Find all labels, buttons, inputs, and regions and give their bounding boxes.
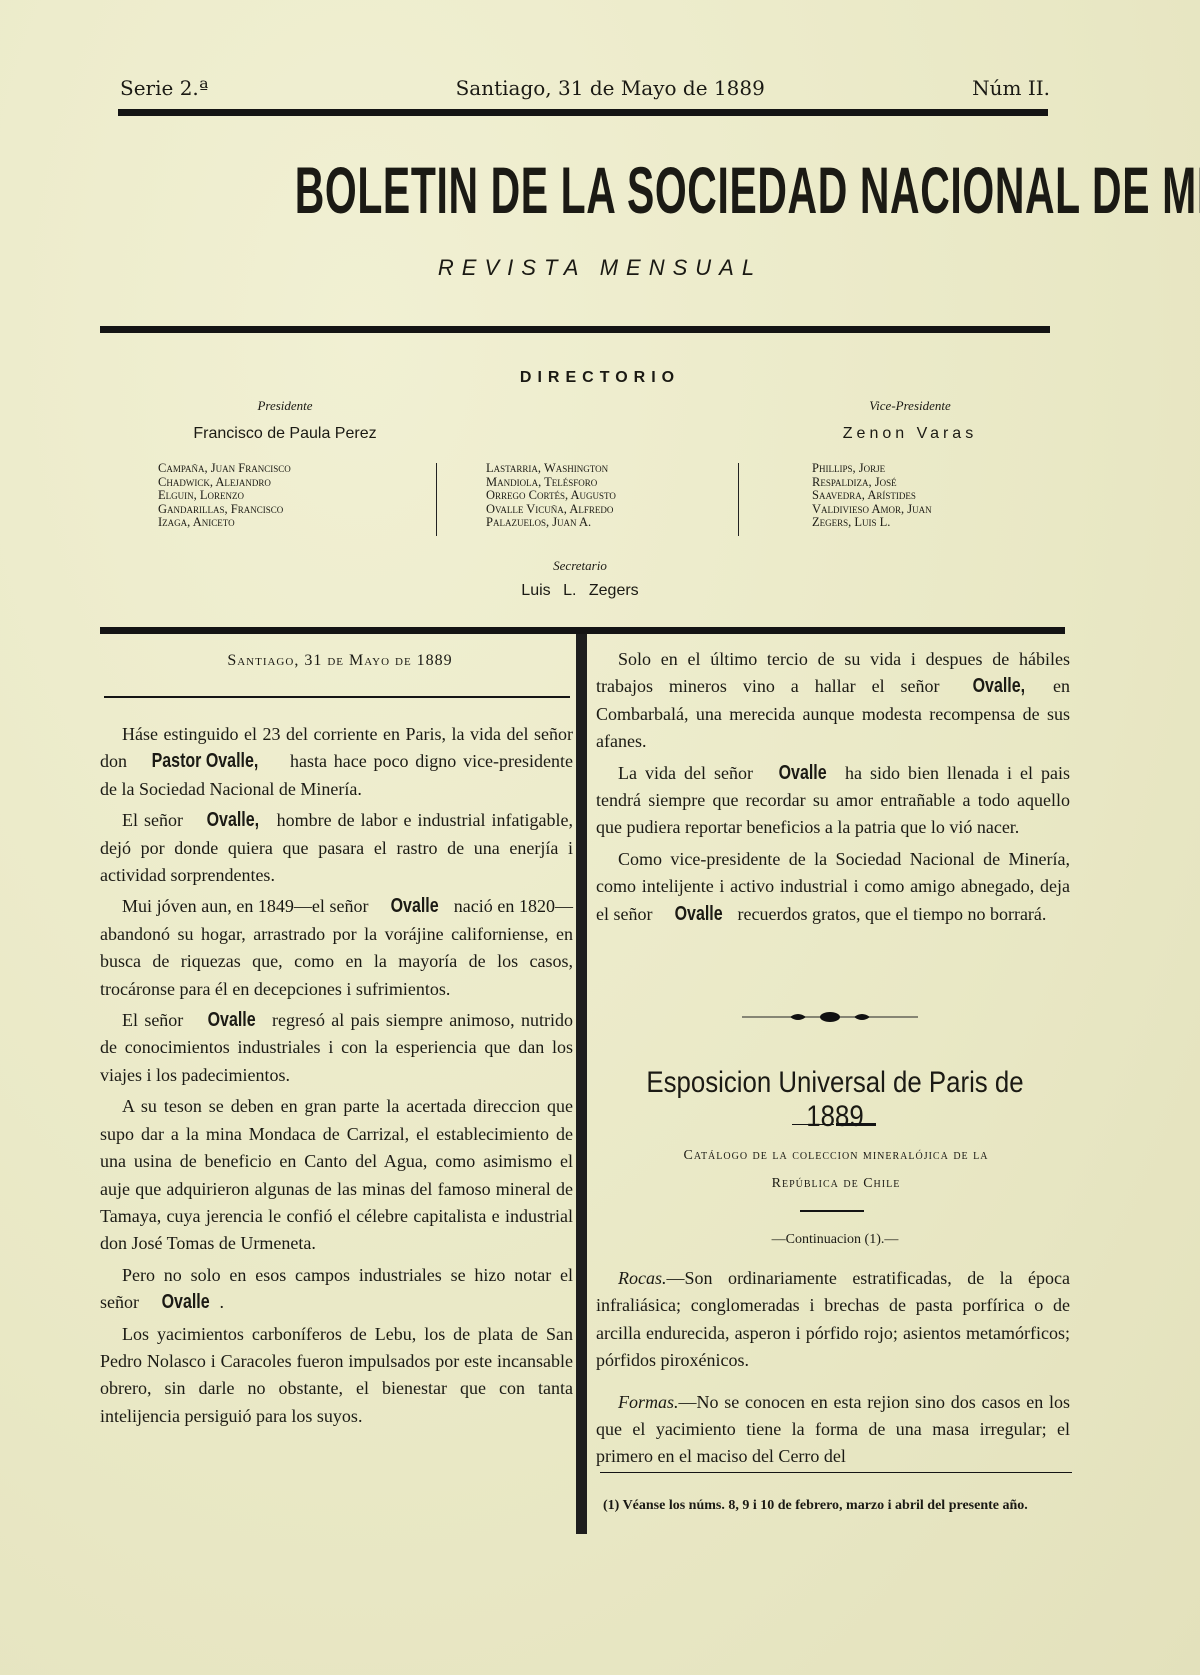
bold-name: Ovalle xyxy=(657,901,723,928)
paragraph: Háse estinguido el 23 del corriente en P… xyxy=(100,721,573,803)
member: Ovalle Vicuña, Alfredo xyxy=(486,503,616,517)
president-role: Presidente xyxy=(160,398,410,414)
issue-number: Núm II. xyxy=(972,76,1050,100)
bold-name: Ovalle, xyxy=(189,807,259,834)
member: Lastarria, Washington xyxy=(486,462,616,476)
member: Palazuelos, Juan A. xyxy=(486,516,616,530)
directory-heading: DIRECTORIO xyxy=(0,369,1200,387)
publication-title: BOLETIN DE LA SOCIEDAD NACIONAL DE MINER… xyxy=(295,150,872,230)
member: Saavedra, Arístides xyxy=(812,489,932,503)
paragraph-rocas: Rocas.—Son ordinariamente estratificadas… xyxy=(596,1265,1070,1375)
catalog-line-2: República de Chile xyxy=(596,1170,1076,1198)
bold-name: Ovalle xyxy=(144,1289,210,1316)
president-name: Francisco de Paula Perez xyxy=(160,425,410,443)
member: Zegers, Luis L. xyxy=(812,516,932,530)
formas-label: Formas. xyxy=(618,1392,679,1412)
paragraph: El señor Ovalle, hombre de labor e indus… xyxy=(100,807,573,889)
paragraph: Los yacimientos carboníferos de Lebu, lo… xyxy=(100,1321,573,1431)
bold-name: Ovalle xyxy=(373,893,439,920)
paragraph: La vida del señor Ovalle ha sido bien ll… xyxy=(596,760,1070,842)
dateline-rule xyxy=(104,696,570,698)
directory-bottom-rule xyxy=(100,627,1065,634)
footnote: (1) Véanse los núms. 8, 9 i 10 de febrer… xyxy=(603,1497,1073,1514)
member: Elguin, Lorenzo xyxy=(158,489,291,503)
issue-date: Santiago, 31 de Mayo de 1889 xyxy=(456,76,765,100)
paragraph: El señor Ovalle regresó al pais siempre … xyxy=(100,1007,573,1089)
catalog-rule xyxy=(800,1210,864,1212)
rocas-label: Rocas. xyxy=(618,1268,667,1288)
article-dateline: Santiago, 31 de Mayo de 1889 xyxy=(100,652,580,670)
members-divider-2 xyxy=(738,463,739,536)
vice-president-role: Vice-Presidente xyxy=(800,398,1020,414)
obituary-column-right: Solo en el último tercio de su vida i de… xyxy=(596,646,1070,928)
paragraph: Como vice-presidente de la Sociedad Naci… xyxy=(596,846,1070,928)
paragraph-formas: Formas.—No se conocen en esta rejion sin… xyxy=(596,1389,1070,1471)
members-column-3: Phillips, Jorje Respaldiza, José Saavedr… xyxy=(812,462,932,530)
members-column-2: Lastarria, Washington Mandiola, Telésfor… xyxy=(486,462,616,530)
member: Gandarillas, Francisco xyxy=(158,503,291,517)
ornament-divider-icon xyxy=(740,1010,920,1024)
members-column-1: Campaña, Juan Francisco Chadwick, Alejan… xyxy=(158,462,291,530)
member: Phillips, Jorje xyxy=(812,462,932,476)
paragraph: A su teson se deben en gran parte la ace… xyxy=(100,1093,573,1257)
vice-president-name: Zenon Varas xyxy=(800,425,1020,443)
column-divider xyxy=(576,634,587,1534)
catalog-body: Rocas.—Son ordinariamente estratificadas… xyxy=(596,1265,1070,1471)
member: Izaga, Aniceto xyxy=(158,516,291,530)
member: Valdivieso Amor, Juan xyxy=(812,503,932,517)
secretary-name: Luis L. Zegers xyxy=(440,582,720,600)
bold-name: Ovalle xyxy=(761,760,827,787)
paragraph: Mui jóven aun, en 1849—el señor Ovalle n… xyxy=(100,893,573,1003)
member: Campaña, Juan Francisco xyxy=(158,462,291,476)
masthead: Serie 2.ª Santiago, 31 de Mayo de 1889 N… xyxy=(120,76,1050,100)
member: Orrego Cortés, Augusto xyxy=(486,489,616,503)
footnote-rule xyxy=(600,1472,1072,1473)
continuation-note: —Continuacion (1).— xyxy=(590,1232,1080,1248)
top-rule xyxy=(118,109,1048,116)
section-title: Esposicion Universal de Paris de 1889 xyxy=(624,1066,1045,1134)
member: Chadwick, Alejandro xyxy=(158,476,291,490)
secretary-role: Secretario xyxy=(440,558,720,574)
obituary-column-left: Háse estinguido el 23 del corriente en P… xyxy=(100,721,573,1430)
series-label: Serie 2.ª xyxy=(120,76,208,100)
title-rule xyxy=(792,1124,834,1125)
bold-name: Ovalle, xyxy=(955,673,1025,700)
title-rule-bold xyxy=(836,1123,876,1126)
member: Mandiola, Telésforo xyxy=(486,476,616,490)
bold-name: Ovalle xyxy=(190,1007,256,1034)
publication-subtitle: REVISTA MENSUAL xyxy=(0,255,1200,281)
members-divider-1 xyxy=(436,463,437,536)
member: Respaldiza, José xyxy=(812,476,932,490)
catalog-line-1: Catálogo de la coleccion mineralójica de… xyxy=(596,1142,1076,1170)
bold-name: Pastor Ovalle, xyxy=(134,748,258,775)
masthead-bottom-rule xyxy=(100,326,1050,333)
catalog-heading: Catálogo de la coleccion mineralójica de… xyxy=(596,1142,1076,1198)
paragraph: Solo en el último tercio de su vida i de… xyxy=(596,646,1070,756)
paragraph: Pero no solo en esos campos industriales… xyxy=(100,1262,573,1317)
